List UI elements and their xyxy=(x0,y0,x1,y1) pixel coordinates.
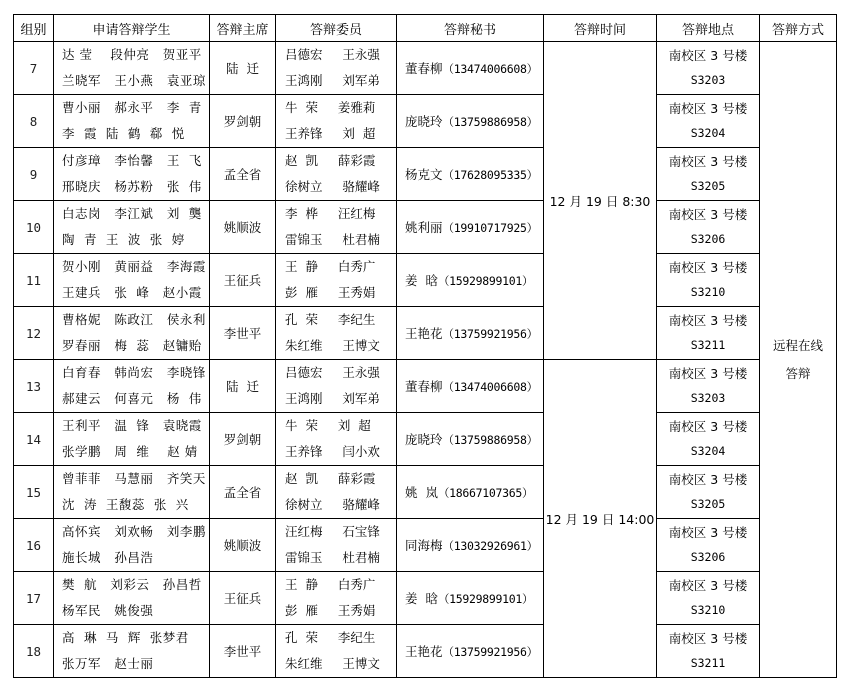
header-mode: 答辩方式 xyxy=(760,15,837,42)
members-line: 赵 凯 薛彩霞 xyxy=(285,148,396,174)
location-room: S3205 xyxy=(657,174,759,200)
secretary-phone: （13759886958） xyxy=(443,433,538,447)
location-building: 南校区 3 号楼 xyxy=(657,625,759,651)
members-cell: 赵 凯 薛彩霞徐树立 骆耀峰 xyxy=(276,148,397,201)
members-line: 彭 雁 王秀娟 xyxy=(285,598,396,624)
secretary-name: 姜 晗 xyxy=(405,273,438,288)
students-cell: 樊 航 刘彩云 孙昌哲杨军民 姚俊强 xyxy=(54,572,210,625)
students-line: 沈 涛 王馥蕊 张 兴 xyxy=(62,492,209,518)
table-row: 12曹格妮 陈政江 侯永利罗春丽 梅 蕊 赵镛贻李世平孔 荣 李纪生朱红维 王博… xyxy=(14,307,837,360)
members-line: 王鸿刚 刘军弟 xyxy=(285,386,396,412)
group-number: 10 xyxy=(14,201,54,254)
chair-cell: 王征兵 xyxy=(210,572,276,625)
location-building: 南校区 3 号楼 xyxy=(657,572,759,598)
location-building: 南校区 3 号楼 xyxy=(657,148,759,174)
location-cell: 南校区 3 号楼S3203 xyxy=(657,42,760,95)
students-line: 邢晓庆 杨苏粉 张 伟 xyxy=(62,174,209,200)
members-line: 吕德宏 王永强 xyxy=(285,360,396,386)
secretary-phone: （13474006608） xyxy=(443,380,538,394)
secretary-name: 杨克文 xyxy=(405,167,443,182)
students-cell: 达 莹 段仲亮 贺亚平兰晓军 王小燕 袁亚琼 xyxy=(54,42,210,95)
secretary-cell: 王艳花（13759921956） xyxy=(397,625,544,678)
members-line: 徐树立 骆耀峰 xyxy=(285,492,396,518)
location-building: 南校区 3 号楼 xyxy=(657,95,759,121)
secretary-phone: （13474006608） xyxy=(443,62,538,76)
table-row: 18高 琳 马 辉 张梦君张万军 赵士丽李世平孔 荣 李纪生朱红维 王博文王艳花… xyxy=(14,625,837,678)
header-members: 答辩委员 xyxy=(276,15,397,42)
header-row: 组别 申请答辩学生 答辩主席 答辩委员 答辩秘书 答辩时间 答辩地点 答辩方式 xyxy=(14,15,837,42)
secretary-phone: （13759921956） xyxy=(443,327,538,341)
group-number: 7 xyxy=(14,42,54,95)
group-number: 14 xyxy=(14,413,54,466)
location-cell: 南校区 3 号楼S3204 xyxy=(657,95,760,148)
location-room: S3203 xyxy=(657,68,759,94)
students-cell: 王利平 温 锋 袁晓霞张学鹏 周 维 赵 婧 xyxy=(54,413,210,466)
group-number: 9 xyxy=(14,148,54,201)
chair-cell: 陆 迁 xyxy=(210,42,276,95)
secretary-phone: （15929899101） xyxy=(438,274,533,288)
location-room: S3204 xyxy=(657,121,759,147)
group-number: 15 xyxy=(14,466,54,519)
members-line: 朱红维 王博文 xyxy=(285,651,396,677)
table-row: 17樊 航 刘彩云 孙昌哲杨军民 姚俊强王征兵王 静 白秀广彭 雁 王秀娟姜 晗… xyxy=(14,572,837,625)
secretary-cell: 董春柳（13474006608） xyxy=(397,42,544,95)
members-line: 雷锦玉 杜君楠 xyxy=(285,545,396,571)
location-cell: 南校区 3 号楼S3205 xyxy=(657,466,760,519)
location-cell: 南校区 3 号楼S3205 xyxy=(657,148,760,201)
group-number: 17 xyxy=(14,572,54,625)
members-cell: 孔 荣 李纪生朱红维 王博文 xyxy=(276,307,397,360)
group-number: 12 xyxy=(14,307,54,360)
members-cell: 孔 荣 李纪生朱红维 王博文 xyxy=(276,625,397,678)
location-room: S3210 xyxy=(657,598,759,624)
chair-cell: 陆 迁 xyxy=(210,360,276,413)
secretary-cell: 姚 岚（18667107365） xyxy=(397,466,544,519)
students-cell: 高怀宾 刘欢畅 刘李鹏施长城 孙昌浩 xyxy=(54,519,210,572)
members-line: 汪红梅 石宝锋 xyxy=(285,519,396,545)
chair-cell: 孟全省 xyxy=(210,466,276,519)
table-row: 15曾菲菲 马慧丽 齐笑天沈 涛 王馥蕊 张 兴孟全省赵 凯 薛彩霞徐树立 骆耀… xyxy=(14,466,837,519)
secretary-name: 庞晓玲 xyxy=(405,432,443,447)
students-line: 张学鹏 周 维 赵 婧 xyxy=(62,439,209,465)
header-secretary: 答辩秘书 xyxy=(397,15,544,42)
table-row: 11贺小刚 黄丽益 李海霞王建兵 张 峰 赵小霞王征兵王 静 白秀广彭 雁 王秀… xyxy=(14,254,837,307)
session-time: 12 月 19 日 14:00 xyxy=(544,360,657,678)
members-line: 吕德宏 王永强 xyxy=(285,42,396,68)
location-cell: 南校区 3 号楼S3210 xyxy=(657,572,760,625)
location-room: S3203 xyxy=(657,386,759,412)
location-building: 南校区 3 号楼 xyxy=(657,201,759,227)
location-building: 南校区 3 号楼 xyxy=(657,466,759,492)
table-row: 7达 莹 段仲亮 贺亚平兰晓军 王小燕 袁亚琼陆 迁吕德宏 王永强王鸿刚 刘军弟… xyxy=(14,42,837,95)
table-row: 10白志岗 李江斌 刘 龑陶 青 王 波 张 婷姚顺波李 桦 汪红梅雷锦玉 杜君… xyxy=(14,201,837,254)
secretary-cell: 姜 晗（15929899101） xyxy=(397,254,544,307)
secretary-name: 王艳花 xyxy=(405,326,443,341)
mode-line: 答辩 xyxy=(760,360,836,388)
members-line: 王鸿刚 刘军弟 xyxy=(285,68,396,94)
members-cell: 牛 荣 刘 超王养锋 闫小欢 xyxy=(276,413,397,466)
students-line: 施长城 孙昌浩 xyxy=(62,545,209,571)
secretary-cell: 董春柳（13474006608） xyxy=(397,360,544,413)
members-line: 王 静 白秀广 xyxy=(285,572,396,598)
chair-cell: 姚顺波 xyxy=(210,519,276,572)
location-cell: 南校区 3 号楼S3210 xyxy=(657,254,760,307)
location-building: 南校区 3 号楼 xyxy=(657,413,759,439)
header-location: 答辩地点 xyxy=(657,15,760,42)
location-room: S3211 xyxy=(657,333,759,359)
members-line: 徐树立 骆耀峰 xyxy=(285,174,396,200)
location-room: S3206 xyxy=(657,227,759,253)
students-cell: 白育春 韩尚宏 李晓锋郝建云 何喜元 杨 伟 xyxy=(54,360,210,413)
header-time: 答辩时间 xyxy=(544,15,657,42)
location-building: 南校区 3 号楼 xyxy=(657,42,759,68)
students-line: 王建兵 张 峰 赵小霞 xyxy=(62,280,209,306)
group-number: 16 xyxy=(14,519,54,572)
secretary-phone: （17628095335） xyxy=(443,168,538,182)
students-line: 高怀宾 刘欢畅 刘李鹏 xyxy=(62,519,209,545)
location-building: 南校区 3 号楼 xyxy=(657,307,759,333)
students-line: 张万军 赵士丽 xyxy=(62,651,209,677)
students-cell: 曹小丽 郝永平 李 青李 霞 陆 鹤 郗 悦 xyxy=(54,95,210,148)
members-cell: 汪红梅 石宝锋雷锦玉 杜君楠 xyxy=(276,519,397,572)
students-line: 白志岗 李江斌 刘 龑 xyxy=(62,201,209,227)
members-line: 王养锋 刘 超 xyxy=(285,121,396,147)
location-building: 南校区 3 号楼 xyxy=(657,360,759,386)
secretary-phone: （13759921956） xyxy=(443,645,538,659)
chair-cell: 李世平 xyxy=(210,307,276,360)
location-room: S3206 xyxy=(657,545,759,571)
location-room: S3210 xyxy=(657,280,759,306)
chair-cell: 罗剑朝 xyxy=(210,95,276,148)
members-cell: 吕德宏 王永强王鸿刚 刘军弟 xyxy=(276,360,397,413)
students-line: 贺小刚 黄丽益 李海霞 xyxy=(62,254,209,280)
secretary-cell: 王艳花（13759921956） xyxy=(397,307,544,360)
group-number: 11 xyxy=(14,254,54,307)
secretary-name: 姜 晗 xyxy=(405,591,438,606)
students-line: 郝建云 何喜元 杨 伟 xyxy=(62,386,209,412)
group-number: 13 xyxy=(14,360,54,413)
secretary-cell: 姚利丽（19910717925） xyxy=(397,201,544,254)
students-line: 达 莹 段仲亮 贺亚平 xyxy=(62,42,209,68)
secretary-phone: （13759886958） xyxy=(443,115,538,129)
header-students: 申请答辩学生 xyxy=(54,15,210,42)
members-line: 彭 雁 王秀娟 xyxy=(285,280,396,306)
location-building: 南校区 3 号楼 xyxy=(657,254,759,280)
chair-cell: 姚顺波 xyxy=(210,201,276,254)
members-cell: 吕德宏 王永强王鸿刚 刘军弟 xyxy=(276,42,397,95)
table-row: 14王利平 温 锋 袁晓霞张学鹏 周 维 赵 婧罗剑朝牛 荣 刘 超王养锋 闫小… xyxy=(14,413,837,466)
secretary-name: 王艳花 xyxy=(405,644,443,659)
chair-cell: 王征兵 xyxy=(210,254,276,307)
secretary-phone: （19910717925） xyxy=(443,221,538,235)
location-cell: 南校区 3 号楼S3203 xyxy=(657,360,760,413)
location-cell: 南校区 3 号楼S3206 xyxy=(657,201,760,254)
chair-cell: 罗剑朝 xyxy=(210,413,276,466)
students-line: 杨军民 姚俊强 xyxy=(62,598,209,624)
secretary-name: 庞晓玲 xyxy=(405,114,443,129)
members-line: 赵 凯 薛彩霞 xyxy=(285,466,396,492)
secretary-name: 同海梅 xyxy=(405,538,443,553)
secretary-name: 姚利丽 xyxy=(405,220,443,235)
defense-schedule-table: 组别 申请答辩学生 答辩主席 答辩委员 答辩秘书 答辩时间 答辩地点 答辩方式 … xyxy=(13,14,837,678)
students-cell: 高 琳 马 辉 张梦君张万军 赵士丽 xyxy=(54,625,210,678)
secretary-phone: （13032926961） xyxy=(443,539,538,553)
members-line: 孔 荣 李纪生 xyxy=(285,625,396,651)
students-line: 曹小丽 郝永平 李 青 xyxy=(62,95,209,121)
students-cell: 贺小刚 黄丽益 李海霞王建兵 张 峰 赵小霞 xyxy=(54,254,210,307)
students-line: 付彦璋 李怡馨 王 飞 xyxy=(62,148,209,174)
students-cell: 曾菲菲 马慧丽 齐笑天沈 涛 王馥蕊 张 兴 xyxy=(54,466,210,519)
students-line: 樊 航 刘彩云 孙昌哲 xyxy=(62,572,209,598)
students-line: 曹格妮 陈政江 侯永利 xyxy=(62,307,209,333)
secretary-cell: 同海梅（13032926961） xyxy=(397,519,544,572)
secretary-name: 姚 岚 xyxy=(405,485,438,500)
members-cell: 赵 凯 薛彩霞徐树立 骆耀峰 xyxy=(276,466,397,519)
members-line: 牛 荣 刘 超 xyxy=(285,413,396,439)
students-line: 兰晓军 王小燕 袁亚琼 xyxy=(62,68,209,94)
secretary-phone: （15929899101） xyxy=(438,592,533,606)
members-cell: 牛 荣 姜雅莉王养锋 刘 超 xyxy=(276,95,397,148)
secretary-name: 董春柳 xyxy=(405,379,443,394)
students-line: 罗春丽 梅 蕊 赵镛贻 xyxy=(62,333,209,359)
secretary-phone: （18667107365） xyxy=(438,486,533,500)
group-number: 18 xyxy=(14,625,54,678)
students-line: 白育春 韩尚宏 李晓锋 xyxy=(62,360,209,386)
location-room: S3205 xyxy=(657,492,759,518)
students-line: 李 霞 陆 鹤 郗 悦 xyxy=(62,121,209,147)
students-cell: 曹格妮 陈政江 侯永利罗春丽 梅 蕊 赵镛贻 xyxy=(54,307,210,360)
members-line: 朱红维 王博文 xyxy=(285,333,396,359)
members-line: 王 静 白秀广 xyxy=(285,254,396,280)
location-cell: 南校区 3 号楼S3204 xyxy=(657,413,760,466)
members-line: 孔 荣 李纪生 xyxy=(285,307,396,333)
members-cell: 王 静 白秀广彭 雁 王秀娟 xyxy=(276,572,397,625)
secretary-cell: 庞晓玲（13759886958） xyxy=(397,413,544,466)
table-row: 16高怀宾 刘欢畅 刘李鹏施长城 孙昌浩姚顺波汪红梅 石宝锋雷锦玉 杜君楠同海梅… xyxy=(14,519,837,572)
mode-line: 远程在线 xyxy=(760,332,836,360)
location-building: 南校区 3 号楼 xyxy=(657,519,759,545)
members-cell: 王 静 白秀广彭 雁 王秀娟 xyxy=(276,254,397,307)
members-line: 王养锋 闫小欢 xyxy=(285,439,396,465)
table-row: 9付彦璋 李怡馨 王 飞邢晓庆 杨苏粉 张 伟孟全省赵 凯 薛彩霞徐树立 骆耀峰… xyxy=(14,148,837,201)
secretary-cell: 庞晓玲（13759886958） xyxy=(397,95,544,148)
defense-mode: 远程在线答辩 xyxy=(760,42,837,678)
students-cell: 付彦璋 李怡馨 王 飞邢晓庆 杨苏粉 张 伟 xyxy=(54,148,210,201)
header-group: 组别 xyxy=(14,15,54,42)
members-line: 雷锦玉 杜君楠 xyxy=(285,227,396,253)
location-cell: 南校区 3 号楼S3211 xyxy=(657,625,760,678)
secretary-name: 董春柳 xyxy=(405,61,443,76)
location-cell: 南校区 3 号楼S3211 xyxy=(657,307,760,360)
members-line: 李 桦 汪红梅 xyxy=(285,201,396,227)
session-time: 12 月 19 日 8:30 xyxy=(544,42,657,360)
members-line: 牛 荣 姜雅莉 xyxy=(285,95,396,121)
students-cell: 白志岗 李江斌 刘 龑陶 青 王 波 张 婷 xyxy=(54,201,210,254)
students-line: 王利平 温 锋 袁晓霞 xyxy=(62,413,209,439)
students-line: 陶 青 王 波 张 婷 xyxy=(62,227,209,253)
location-room: S3204 xyxy=(657,439,759,465)
table-row: 8曹小丽 郝永平 李 青李 霞 陆 鹤 郗 悦罗剑朝牛 荣 姜雅莉王养锋 刘 超… xyxy=(14,95,837,148)
location-cell: 南校区 3 号楼S3206 xyxy=(657,519,760,572)
students-line: 高 琳 马 辉 张梦君 xyxy=(62,625,209,651)
secretary-cell: 杨克文（17628095335） xyxy=(397,148,544,201)
header-chair: 答辩主席 xyxy=(210,15,276,42)
secretary-cell: 姜 晗（15929899101） xyxy=(397,572,544,625)
students-line: 曾菲菲 马慧丽 齐笑天 xyxy=(62,466,209,492)
chair-cell: 李世平 xyxy=(210,625,276,678)
table-row: 13白育春 韩尚宏 李晓锋郝建云 何喜元 杨 伟陆 迁吕德宏 王永强王鸿刚 刘军… xyxy=(14,360,837,413)
members-cell: 李 桦 汪红梅雷锦玉 杜君楠 xyxy=(276,201,397,254)
group-number: 8 xyxy=(14,95,54,148)
chair-cell: 孟全省 xyxy=(210,148,276,201)
location-room: S3211 xyxy=(657,651,759,677)
